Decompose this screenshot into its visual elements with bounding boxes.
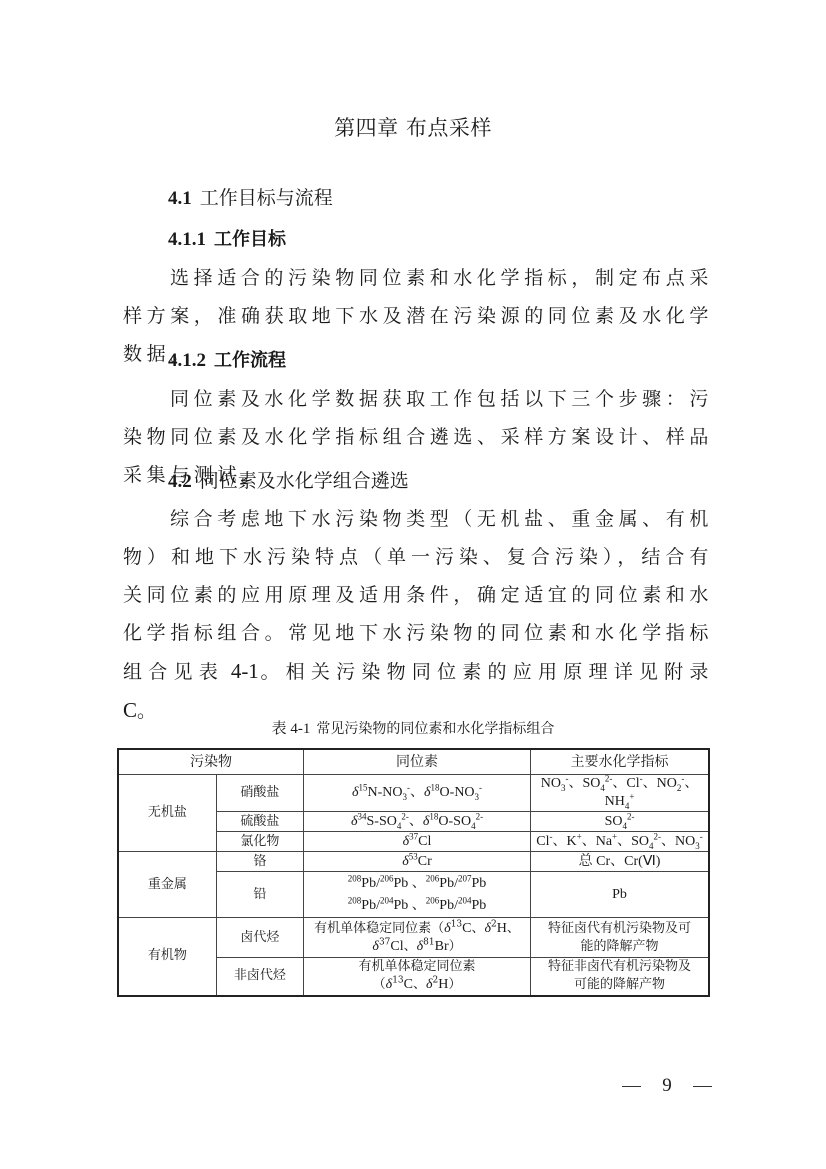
indicator-cell: Cl-、K+、Na+、SO42-、NO3-: [531, 832, 709, 852]
section-heading-4-1-2: 4.1.2工作流程: [168, 346, 286, 372]
section-number: 4.1: [168, 188, 192, 209]
category-cell: 重金属: [118, 852, 216, 918]
section-heading-4-1-1: 4.1.1工作目标: [168, 225, 286, 251]
indicator-cell: 总 Cr、Cr(Ⅵ): [531, 852, 709, 872]
indicator-cell: Pb: [531, 872, 709, 918]
indicator-cell: NO3-、SO42-、Cl-、NO2-、NH4+: [531, 775, 709, 812]
isotope-indicator-table: 污染物 同位素 主要水化学指标 无机盐 硝酸盐 δ15N-NO3-、δ18O-N…: [117, 748, 710, 997]
isotope-cell: 208Pb/206Pb 、206Pb/207Pb208Pb/204Pb 、206…: [304, 872, 531, 918]
section-title: 同位素及水化学组合遴选: [200, 470, 409, 492]
header-indicators: 主要水化学指标: [531, 749, 709, 775]
indicator-cell: SO42-: [531, 812, 709, 832]
isotope-cell: δ37Cl: [304, 832, 531, 852]
section-number: 4.1.1: [168, 229, 206, 250]
table-header-row: 污染物 同位素 主要水化学指标: [118, 749, 709, 775]
table-number: 表 4-1: [272, 721, 311, 737]
category-cell: 无机盐: [118, 775, 216, 852]
table-row: 有机物 卤代烃 有机单体稳定同位素（δ13C、δ2H、δ37Cl、δ81Br） …: [118, 918, 709, 958]
indicator-cell: 特征卤代有机污染物及可能的降解产物: [531, 918, 709, 958]
type-cell: 硫酸盐: [216, 812, 303, 832]
isotope-cell: δ53Cr: [304, 852, 531, 872]
type-cell: 铬: [216, 852, 303, 872]
isotope-cell: 有机单体稳定同位素（δ13C、δ2H、δ37Cl、δ81Br）: [304, 918, 531, 958]
chapter-title: 第四章 布点采样: [0, 112, 826, 142]
dash-right: [693, 1086, 712, 1087]
section-title: 工作目标与流程: [200, 187, 333, 209]
table-caption: 表 4-1常见污染物的同位素和水化学指标组合: [0, 717, 826, 738]
table-row: 无机盐 硝酸盐 δ15N-NO3-、δ18O-NO3- NO3-、SO42-、C…: [118, 775, 709, 812]
header-pollutant: 污染物: [118, 749, 304, 775]
table-row: 重金属 铬 δ53Cr 总 Cr、Cr(Ⅵ): [118, 852, 709, 872]
table-reference-link[interactable]: 4-1: [224, 659, 259, 683]
isotope-cell: δ34S-SO42-、δ18O-SO42-: [304, 812, 531, 832]
section-title: 工作目标: [214, 229, 286, 250]
type-cell: 氯化物: [216, 832, 303, 852]
indicator-cell: 特征非卤代有机污染物及可能的降解产物: [531, 958, 709, 996]
table-title: 常见污染物的同位素和水化学指标组合: [316, 721, 554, 737]
page-number-value: 9: [662, 1075, 672, 1097]
section-heading-4-1: 4.1工作目标与流程: [168, 183, 333, 210]
isotope-cell: 有机单体稳定同位素（δ13C、δ2H）: [304, 958, 531, 996]
type-cell: 铅: [216, 872, 303, 918]
section-heading-4-2: 4.2同位素及水化学组合遴选: [168, 466, 409, 493]
section-title: 工作流程: [214, 350, 286, 371]
isotope-cell: δ15N-NO3-、δ18O-NO3-: [304, 775, 531, 812]
dash-left: [622, 1086, 641, 1087]
category-cell: 有机物: [118, 918, 216, 996]
page-number: 9: [622, 1075, 712, 1097]
paragraph-text: 。相关污染物同位素的应用原理详见附录: [259, 661, 713, 683]
section-number: 4.1.2: [168, 350, 206, 371]
section-number: 4.2: [168, 471, 192, 492]
type-cell: 卤代烃: [216, 918, 303, 958]
paragraph-text: 综合考虑地下水污染物类型（无机盐、重金属、有机物）和地下水污染特点（单一污染、复…: [123, 508, 713, 683]
type-cell: 硝酸盐: [216, 775, 303, 812]
header-isotope: 同位素: [304, 749, 531, 775]
type-cell: 非卤代烃: [216, 958, 303, 996]
paragraph-isotope-selection: 综合考虑地下水污染物类型（无机盐、重金属、有机物）和地下水污染特点（单一污染、复…: [123, 500, 713, 730]
